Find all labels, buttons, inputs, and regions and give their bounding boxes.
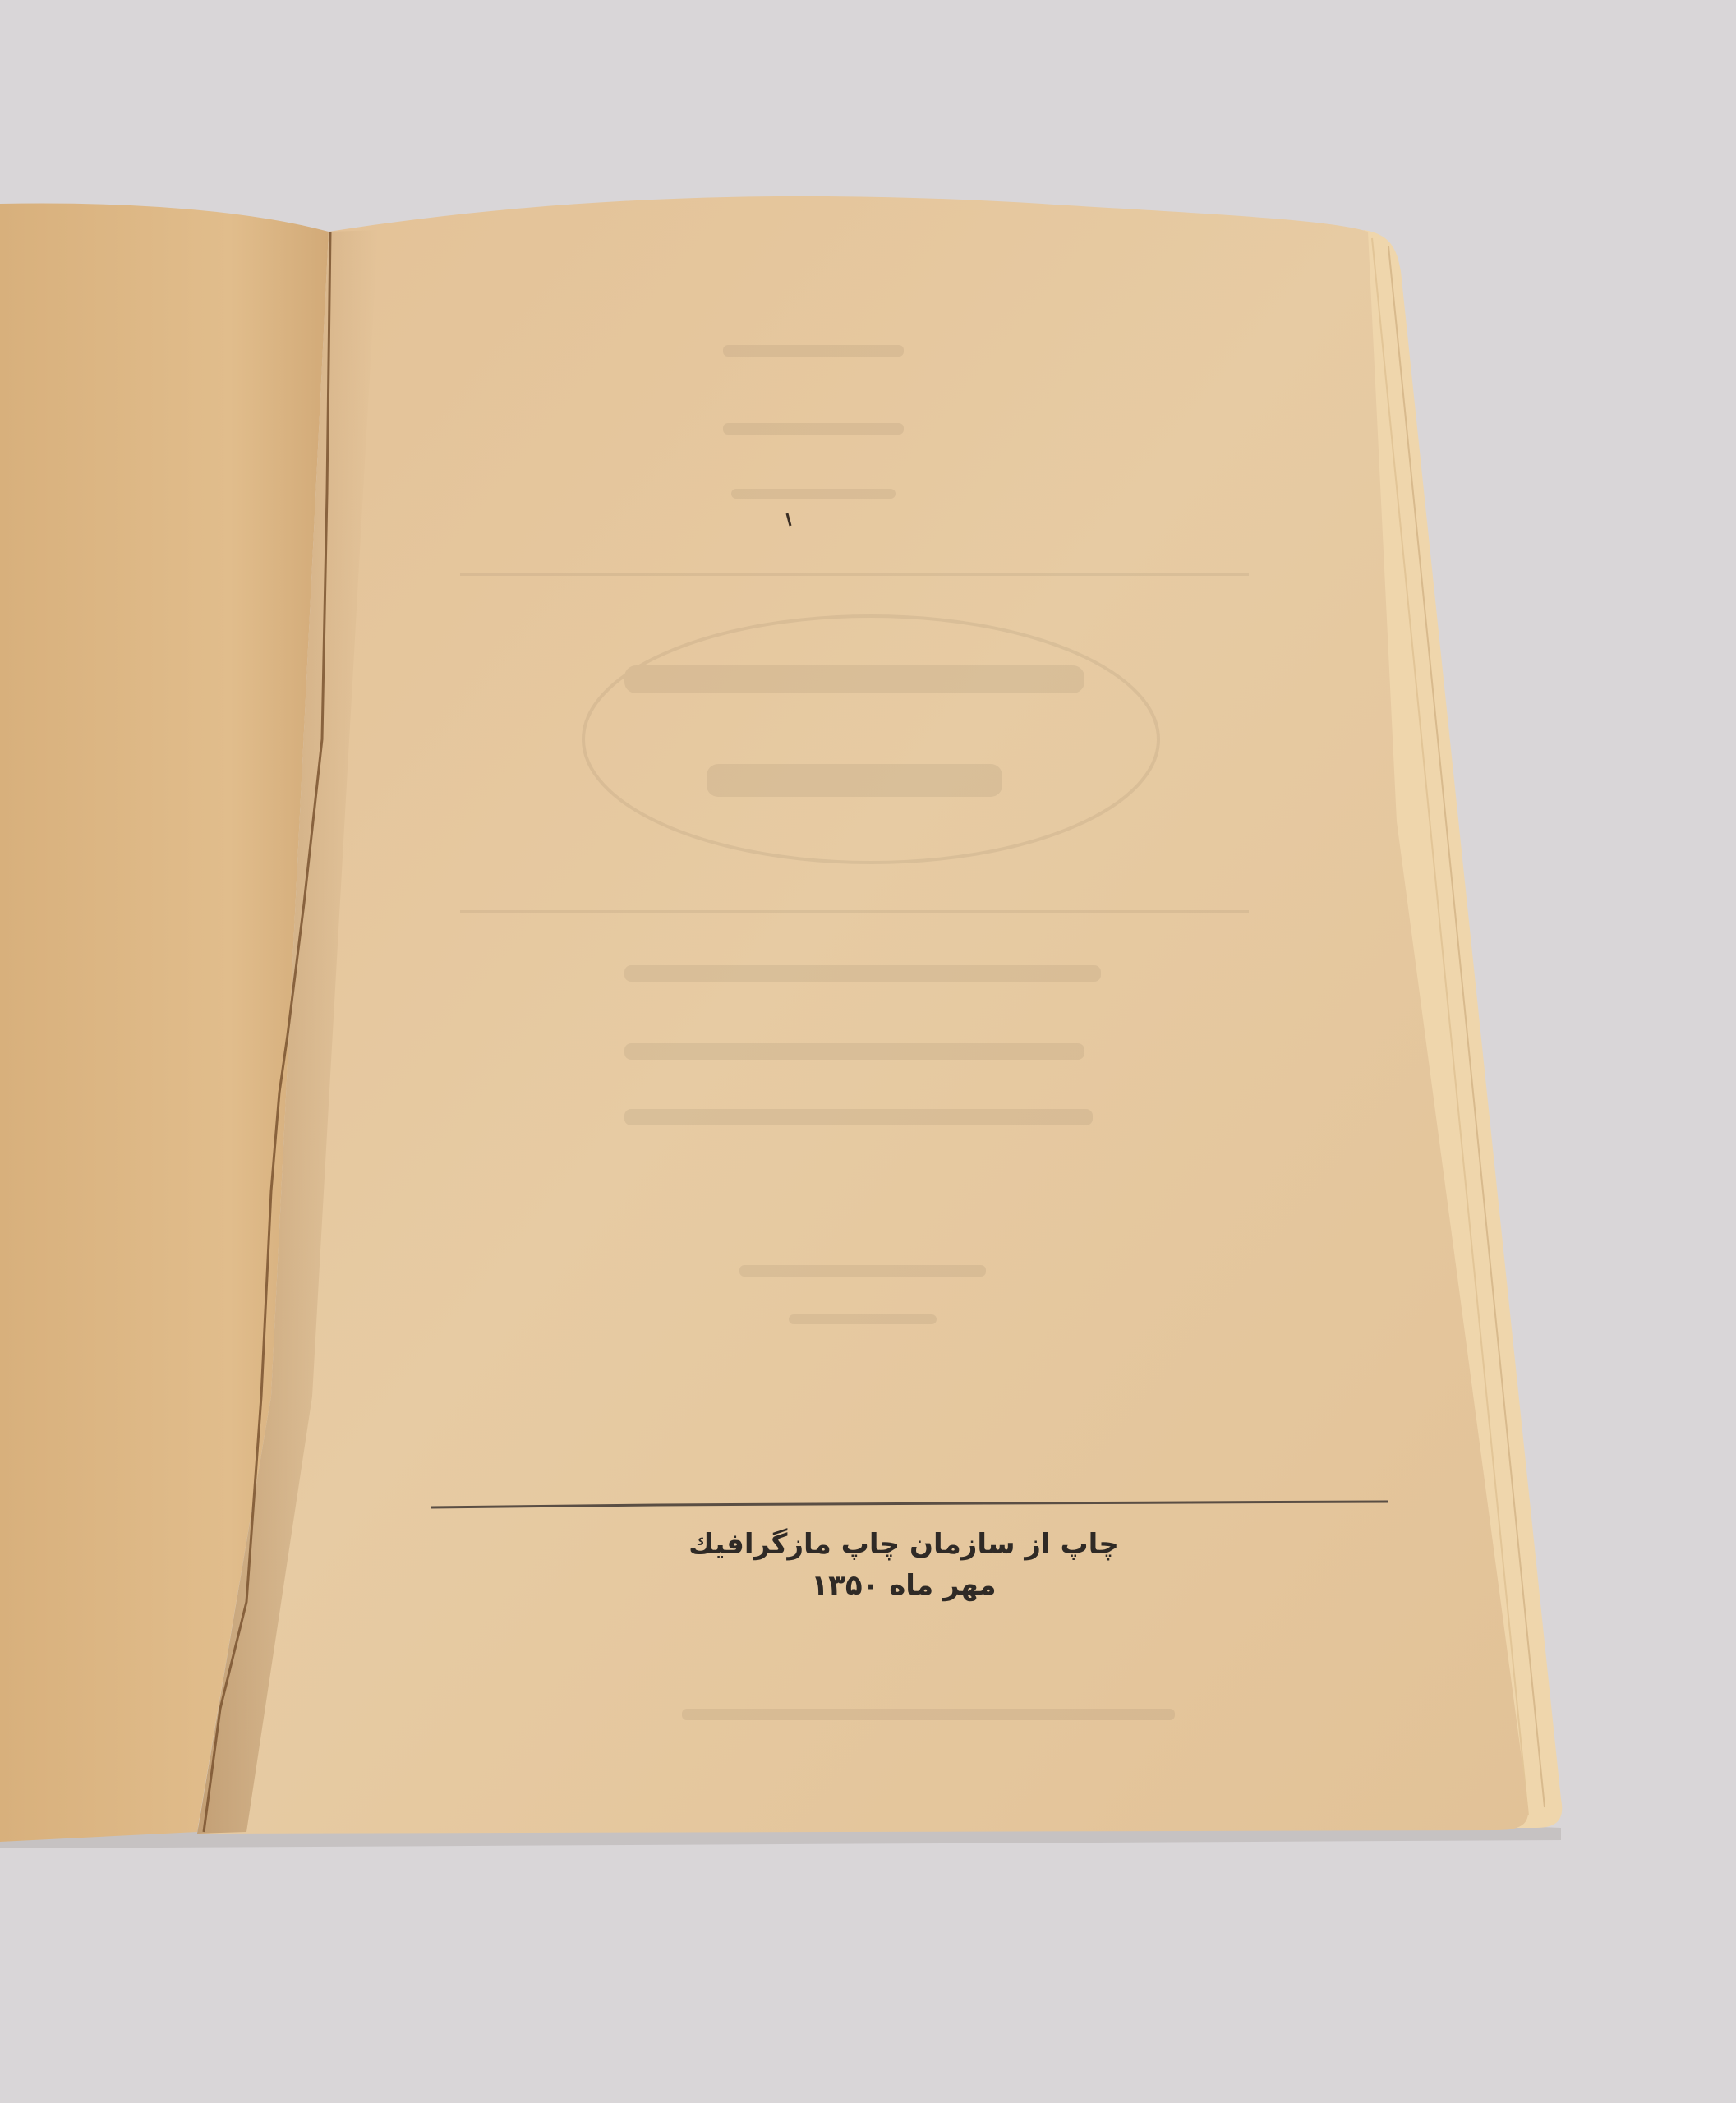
photo-scene: چاپ از سازمان چاپ مازگرافیك مهر ماه ۱۳۵۰ xyxy=(0,0,1736,2103)
print-date-line: مهر ماه ۱۳۵۰ xyxy=(674,1565,1134,1606)
open-book xyxy=(0,0,1736,2103)
printer-name-line: چاپ از سازمان چاپ مازگرافیك xyxy=(674,1524,1134,1565)
printer-imprint: چاپ از سازمان چاپ مازگرافیك مهر ماه ۱۳۵۰ xyxy=(674,1524,1134,1606)
